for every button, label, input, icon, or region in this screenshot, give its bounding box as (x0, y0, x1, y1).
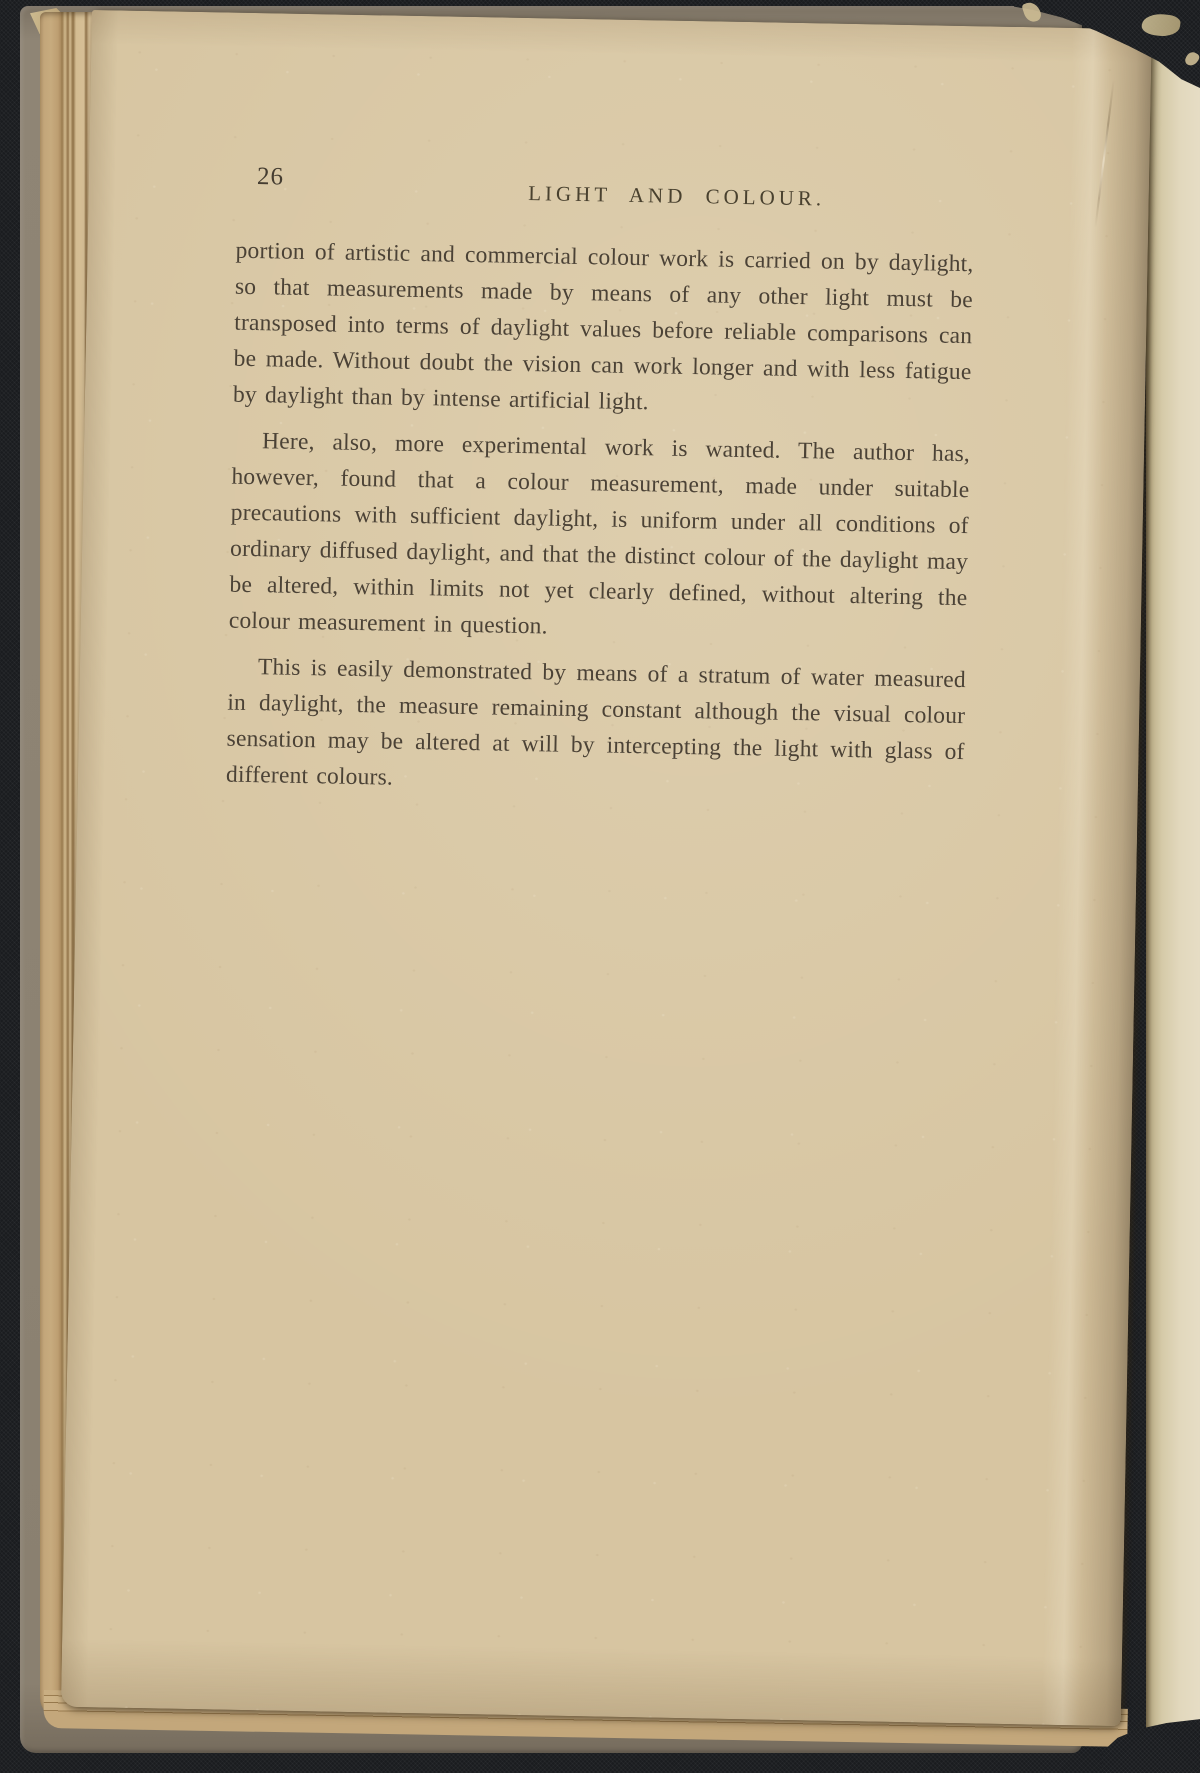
page-header: 26 LIGHT AND COLOUR. (236, 163, 977, 217)
page-number: 26 (257, 163, 285, 191)
page-body-text: portion of artistic and commercial colou… (226, 233, 974, 806)
body-paragraph-3: This is easily demonstrated by means of … (226, 649, 967, 806)
running-header-title: LIGHT AND COLOUR. (528, 181, 825, 211)
paper-crease (1094, 79, 1114, 228)
next-page-edge (1146, 26, 1200, 1742)
body-paragraph-2: Here, also, more experimental work is wa… (229, 423, 971, 652)
book-photo: 26 LIGHT AND COLOUR. portion of artistic… (0, 0, 1200, 1773)
body-paragraph-1: portion of artistic and commercial colou… (233, 233, 974, 426)
book-page: 26 LIGHT AND COLOUR. portion of artistic… (61, 10, 1152, 1726)
